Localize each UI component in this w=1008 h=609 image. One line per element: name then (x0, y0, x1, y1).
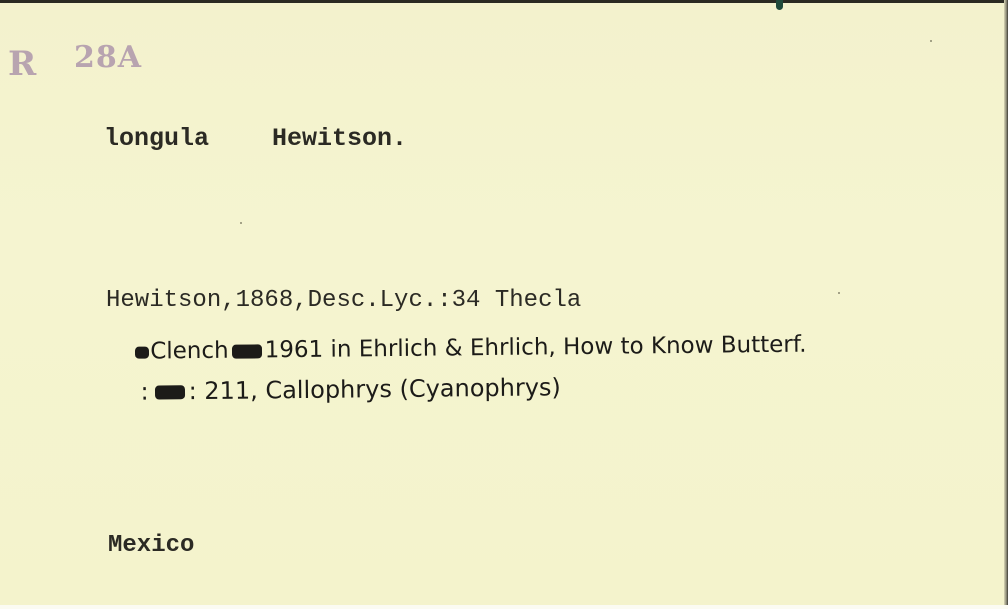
paper-speck (240, 222, 242, 224)
handwritten-text: : (140, 378, 148, 406)
stamp-card-number: 28A (74, 40, 142, 75)
paper-speck (930, 40, 932, 42)
locality: Mexico (108, 532, 194, 559)
index-card: R 28A longula Hewitson. Hewitson,1868,De… (0, 0, 1008, 609)
handwritten-text: : 211, Callophrys (Cyanophrys) (188, 373, 561, 405)
card-bottom-edge (0, 605, 1008, 609)
ink-mark (776, 0, 783, 10)
paper-speck (838, 292, 840, 294)
card-top-edge (0, 0, 1008, 3)
stamp-drawer-letter: R (8, 44, 37, 84)
card-right-edge (1004, 0, 1008, 609)
handwritten-citation-line-2: :: 211, Callophrys (Cyanophrys) (110, 345, 562, 434)
crossed-out-mark (155, 385, 185, 399)
species-name: longula (104, 124, 209, 153)
species-author: Hewitson. (272, 124, 407, 153)
